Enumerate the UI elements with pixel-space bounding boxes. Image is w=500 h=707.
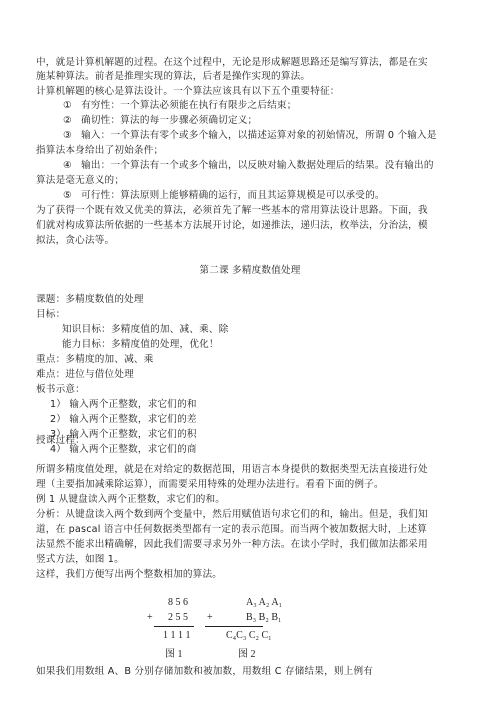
feature-number: ④ [63, 160, 72, 171]
board-label: 板书示意： [36, 383, 85, 397]
intro-line: 计算机解题的核心是算法设计。一个算法应该具有以下五个重要特征： [36, 85, 340, 99]
fig1-caption: 图 1 [165, 645, 183, 660]
feature-text: 确切性：算法的每一步骤必须确切定义； [81, 115, 257, 126]
fig2-sum-rule [205, 626, 263, 627]
body-line: 例 1 从键盘读入两个正整数，求它们的和。 [36, 493, 225, 507]
feature-text: 输出：一个算法有一个或多个输出，以反映对输入数据处理后的结果。没有输出的 [81, 160, 434, 171]
lesson-topic: 课题：多精度数值的处理 [36, 293, 144, 307]
process-label-visible: 授课过程： [36, 434, 85, 448]
feature-item-2: ② 确切性：算法的每一步骤必须确切定义； [63, 114, 257, 128]
feature-number: ② [63, 115, 72, 126]
key-point: 重点：多精度的加、减、乘 [36, 353, 154, 367]
fig1-top: 8 5 6 [168, 597, 188, 608]
board-item: 1） 输入两个正整数，求它们的和 [50, 398, 197, 412]
goal-ability: 能力目标：多精度值的处理，优化！ [62, 338, 219, 352]
feature-text: 有穷性：一个算法必须能在执行有限步之后结束； [81, 100, 296, 111]
board-item: 2） 输入两个正整数，求它们的差 [50, 413, 197, 427]
body-line: 竖式方法，如图 1。 [36, 553, 124, 567]
goals-label: 目标： [36, 308, 65, 322]
feature-item-4: ④ 输出：一个算法有一个或多个输出，以反映对输入数据处理后的结果。没有输出的 [63, 159, 434, 173]
intro-line: 施某种算法。前者是推理实现的算法，后者是操作实现的算法。 [36, 70, 310, 84]
body-line: 道，在 pascal 语言中任何数据类型都有一定的表示范围。而当两个被加数据大时… [36, 523, 427, 537]
closing-line: 为了获得一个既有效又优美的算法，必须首先了解一些基本的常用算法设计思路。下面，我 [36, 204, 428, 218]
closing-line: 拟法，贪心法等。 [36, 234, 114, 248]
body-line: 理（主要指加减乘除运算），而需要采用特殊的处理办法进行。看看下面的例子。 [36, 478, 384, 492]
body-line: 所谓多精度值处理，就是在对给定的数据范围，用语言本身提供的数据类型无法直接进行处 [36, 463, 428, 477]
feature-number: ③ [63, 130, 72, 141]
body-line: 法显然不能求出精确解，因此我们需要寻求另外一种方法。在读小学时，我们做加法都采用 [36, 538, 428, 552]
fig2-bottom: B₃ B₂ B₁ [246, 612, 281, 623]
feature-continuation: 指算法本身给出了初始条件； [36, 144, 163, 158]
difficulty: 难点：进位与借位处理 [36, 368, 134, 382]
fig1-result: 1 1 1 1 [163, 630, 191, 641]
fig2-top: A₃ A₂ A₁ [246, 597, 282, 608]
feature-number: ⑤ [63, 190, 72, 201]
feature-item-5: ⑤ 可行性：算法原则上能够精确的运行，而且其运算规模是可以承受的。 [63, 189, 385, 203]
feature-item-3: ③ 输入：一个算法有零个或多个输入，以描述运算对象的初始情况，所谓 0 个输入是 [63, 129, 437, 143]
feature-text: 可行性：算法原则上能够精确的运行，而且其运算规模是可以承受的。 [81, 190, 385, 201]
goal-knowledge: 知识目标：多精度值的加、减、乘、除 [62, 323, 229, 337]
intro-line: 中，就是计算机解题的过程。在这个过程中，无论是形成解题思路还是编写算法，都是在实 [36, 56, 428, 70]
feature-number: ① [63, 100, 72, 111]
feature-continuation: 算法是毫无意义的； [36, 174, 124, 188]
body-line: 分析：从键盘读入两个数到两个变量中，然后用赋值语句求它们的和，输出。但是，我们知 [36, 508, 428, 522]
fig2-plus: + [207, 612, 213, 623]
fig2-result: C₄C₃ C₂ C₁ [226, 630, 272, 641]
feature-item-1: ① 有穷性：一个算法必须能在执行有限步之后结束； [63, 99, 297, 113]
last-line: 如果我们用数组 A、B 分别存储加数和被加数，用数组 C 存储结果，则上例有 [36, 665, 373, 679]
fig1-plus: + [147, 612, 153, 623]
fig1-sum-rule [154, 626, 194, 627]
feature-text: 输入：一个算法有零个或多个输入，以描述运算对象的初始情况，所谓 0 个输入是 [81, 130, 437, 141]
fig2-caption: 图 2 [238, 645, 256, 660]
lesson-title: 第二课 多精度数值处理 [0, 264, 500, 278]
closing-line: 们就对构成算法所依据的一些基本方法展开讨论，如递推法，递归法，枚举法，分治法，模 [36, 219, 428, 233]
fig1-bottom: 2 5 5 [168, 612, 188, 623]
document-page: 中，就是计算机解题的过程。在这个过程中，无论是形成解题思路还是编写算法，都是在实… [0, 0, 500, 707]
body-line: 这样，我们方便写出两个整数相加的算法。 [36, 568, 222, 582]
